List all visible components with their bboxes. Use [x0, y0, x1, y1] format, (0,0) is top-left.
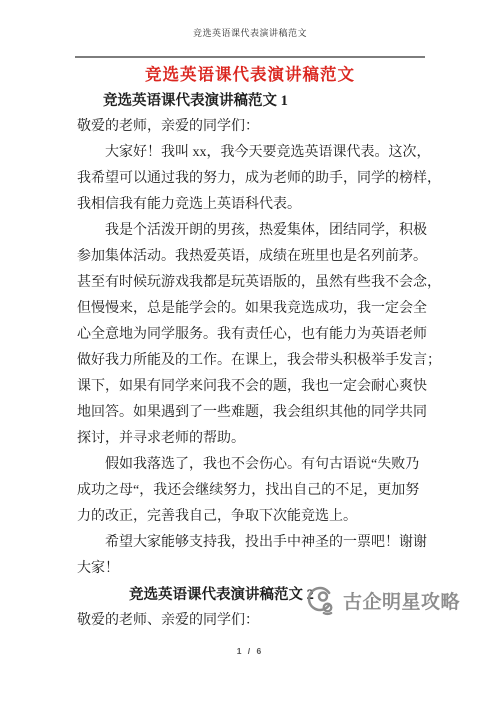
page-header-title: 竞选英语课代表演讲稿范文	[0, 0, 500, 40]
text-line: 探讨，并寻求老师的帮助。	[77, 426, 423, 452]
text-line: 我相信我有能力竞选上英语科代表。	[77, 192, 423, 218]
text-line: 成功之母“，我还会继续努力，找出自己的不足，更加努	[77, 478, 423, 504]
text-line: 参加集体活动。我热爱英语，成绩在班里也是名列前茅。	[77, 244, 423, 270]
watermark: 古企明星攻略	[306, 584, 460, 616]
text-line: 做好我力所能及的工作。在课上，我会带头积极举手发言；	[77, 348, 423, 374]
text-line: 敬爱的老师，亲爱的同学们：	[77, 114, 423, 140]
text-line: 大家好！我叫 xx，我今天要竞选英语课代表。这次，	[77, 140, 423, 166]
document-title: 竞选英语课代表演讲稿范文	[0, 64, 500, 86]
page-number: 1 / 6	[0, 646, 500, 657]
watermark-text: 古企明星攻略	[343, 587, 460, 614]
text-line: 地回答。如果遇到了一些难题，我会组织其他的同学共同	[77, 400, 423, 426]
text-line: 但慢慢来，总是能学会的。如果我竞选成功，我一定会全	[77, 296, 423, 322]
text-line: 课下，如果有同学来问我不会的题，我也一定会耐心爽快	[77, 374, 423, 400]
text-line: 大家！	[77, 556, 423, 582]
document-page: 竞选英语课代表演讲稿范文 竞选英语课代表演讲稿范文 竞选英语课代表演讲稿范文 1…	[0, 0, 500, 708]
text-line: 甚至有时候玩游戏我都是玩英语版的，虽然有些我不会念，	[77, 270, 423, 296]
text-line: 心全意地为同学服务。我有责任心，也有能力为英语老师	[77, 322, 423, 348]
text-line: 力的改正，完善我自己，争取下次能竞选上。	[77, 504, 423, 530]
header-divider-line	[75, 56, 425, 58]
text-line: 我是个活泼开朗的男孩，热爱集体，团结同学，积极	[77, 218, 423, 244]
document-body: 竞选英语课代表演讲稿范文 1敬爱的老师，亲爱的同学们：大家好！我叫 xx，我今天…	[0, 88, 500, 634]
section-1-heading: 竞选英语课代表演讲稿范文 1	[77, 88, 423, 114]
text-line: 假如我落选了，我也不会伤心。有句古语说“失败乃	[77, 452, 423, 478]
text-line: 希望大家能够支持我，投出手中神圣的一票吧！谢谢	[77, 530, 423, 556]
camera-logo-icon	[306, 584, 336, 616]
text-line: 我希望可以通过我的努力，成为老师的助手，同学的榜样，	[77, 166, 423, 192]
